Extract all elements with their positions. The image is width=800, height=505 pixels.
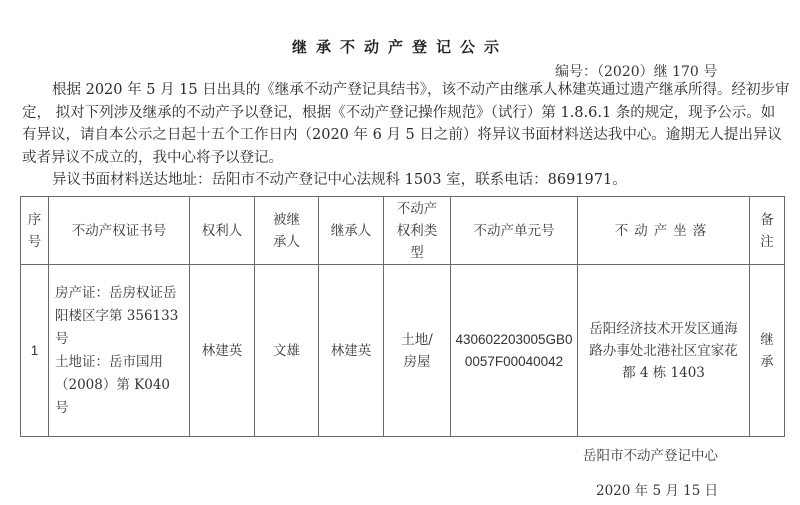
inheritance-property-table: 序 号 不动产权证书号 权利人 被继 承人 继承人 不动产: [20, 196, 785, 437]
cell-cert-no: 房产证：岳房权证岳 阳楼区字第 356133 号 土地证：岳市国用 （2008）…: [49, 265, 190, 437]
table-header-row: 序 号 不动产权证书号 权利人 被继 承人 继承人 不动产: [21, 197, 785, 265]
cell-seq: 1: [21, 265, 49, 437]
header-right-type: 不动产 权利类 型: [384, 197, 451, 265]
body-line-3: 有异议，请自本公示之日起十五个工作日内（2020 年 6 月 5 日之前）将异议…: [22, 124, 784, 147]
issuing-organization: 岳阳市不动产登记中心: [583, 444, 718, 464]
header-seq: 序 号: [21, 197, 49, 265]
cell-remark: 继 承: [750, 265, 785, 437]
cell-unit-no: 430602203005GB0 0057F00040042: [451, 265, 578, 437]
header-heir: 继承人: [319, 197, 384, 265]
cell-owner: 林建英: [190, 265, 255, 437]
header-decedent: 被继 承人: [255, 197, 319, 265]
body-line-1: 根据 2020 年 5 月 15 日出具的《继承不动产登记具结书》，该不动产由继…: [22, 79, 784, 102]
table-row: 1 房产证：岳房权证岳 阳楼区字第 356133 号 土地证：岳市国用 （200…: [21, 265, 785, 437]
header-cert-no: 不动产权证书号: [49, 197, 190, 265]
cell-heir: 林建英: [319, 265, 384, 437]
body-line-4: 或者异议不成立的，我中心将予以登记。: [22, 147, 784, 170]
header-remark: 备 注: [750, 197, 785, 265]
body-line-2: 定， 拟对下列涉及继承的不动产予以登记，根据《不动产登记操作规范》（试行）第 1…: [22, 102, 784, 125]
cell-decedent: 文雄: [255, 265, 319, 437]
header-unit-no: 不动产单元号: [451, 197, 578, 265]
notice-body: 根据 2020 年 5 月 15 日出具的《继承不动产登记具结书》，该不动产由继…: [22, 79, 784, 169]
header-owner: 权利人: [190, 197, 255, 265]
cell-right-type: 土地/ 房屋: [384, 265, 451, 437]
page-title: 继承不动产登记公示: [0, 36, 800, 57]
cell-location: 岳阳经济技术开发区通海 路办事处北港社区宜家花 都 4 栋 1403: [578, 265, 750, 437]
header-location: 不动产坐落: [578, 197, 750, 265]
objection-address: 异议书面材料送达地址：岳阳市不动产登记中心法规科 1503 室，联系电话：869…: [52, 170, 627, 190]
document-number: 编号：（2020）继 170 号: [555, 61, 717, 81]
issue-date: 2020 年 5 月 15 日: [596, 479, 718, 499]
